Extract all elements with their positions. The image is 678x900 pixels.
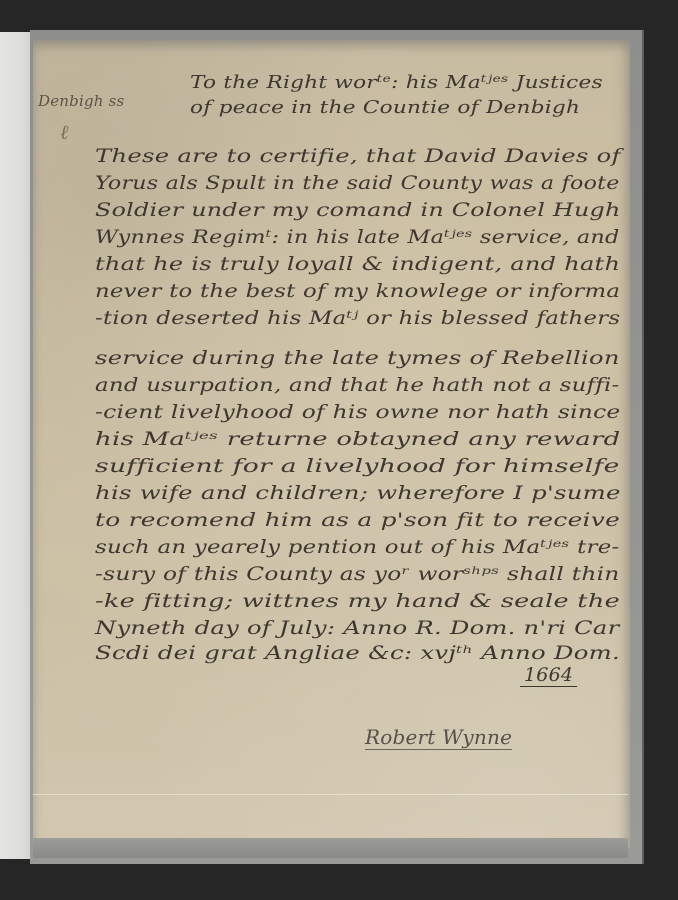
body-line: and usurpation, and that he hath not a s…: [95, 375, 620, 396]
signature: Robert Wynne: [365, 725, 512, 750]
body-line: -tion deserted his Maᵗʲ or his blessed f…: [95, 308, 620, 329]
document-year: 1664: [520, 664, 577, 687]
body-line: service during the late tymes of Rebelli…: [95, 348, 620, 369]
body-line: never to the best of my knowlege or info…: [95, 281, 620, 302]
fold-crease: [33, 794, 628, 795]
margin-note-county: Denbigh ss: [38, 92, 124, 110]
body-line: such an yearely pention out of his Maᵗʲᵉ…: [95, 537, 619, 558]
body-line: These are to certifie, that David Davies…: [95, 146, 621, 167]
mount-strip: [0, 32, 33, 859]
body-line: to recomend him as a p'son fit to receiv…: [95, 510, 620, 531]
margin-flourish-icon: ℓ: [60, 120, 69, 145]
address-line-1: To the Right worᵗᵉ: his Maᵗʲᵉˢ Justices: [190, 72, 603, 93]
body-line: Wynnes Regimᵗ: in his late Maᵗʲᵉˢ servic…: [95, 227, 619, 248]
body-line: his wife and children; wherefore I p'sum…: [95, 483, 621, 504]
body-line: sufficient for a livelyhood for himselfe: [95, 456, 620, 477]
page-bottom-edge: [33, 838, 628, 858]
body-line: that he is truly loyall & indigent, and …: [95, 254, 620, 275]
body-line: Scdi dei grat Angliae &c: xvjᵗʰ Anno Dom…: [95, 643, 620, 664]
body-line: his Maᵗʲᵉˢ returne obtayned any reward: [95, 429, 620, 450]
body-line: -ke fitting; wittnes my hand & seale the: [95, 591, 620, 612]
body-line: -sury of this County as yoʳ worˢʰᵖˢ shal…: [95, 564, 620, 585]
body-line: Nyneth day of July: Anno R. Dom. n'ri Ca…: [95, 618, 619, 639]
address-line-2: of peace in the Countie of Denbigh: [190, 97, 580, 118]
body-line: Yorus als Spult in the said County was a…: [95, 173, 620, 194]
body-line: Soldier under my comand in Colonel Hugh: [95, 200, 621, 221]
body-line: -cient livelyhood of his owne nor hath s…: [95, 402, 621, 423]
